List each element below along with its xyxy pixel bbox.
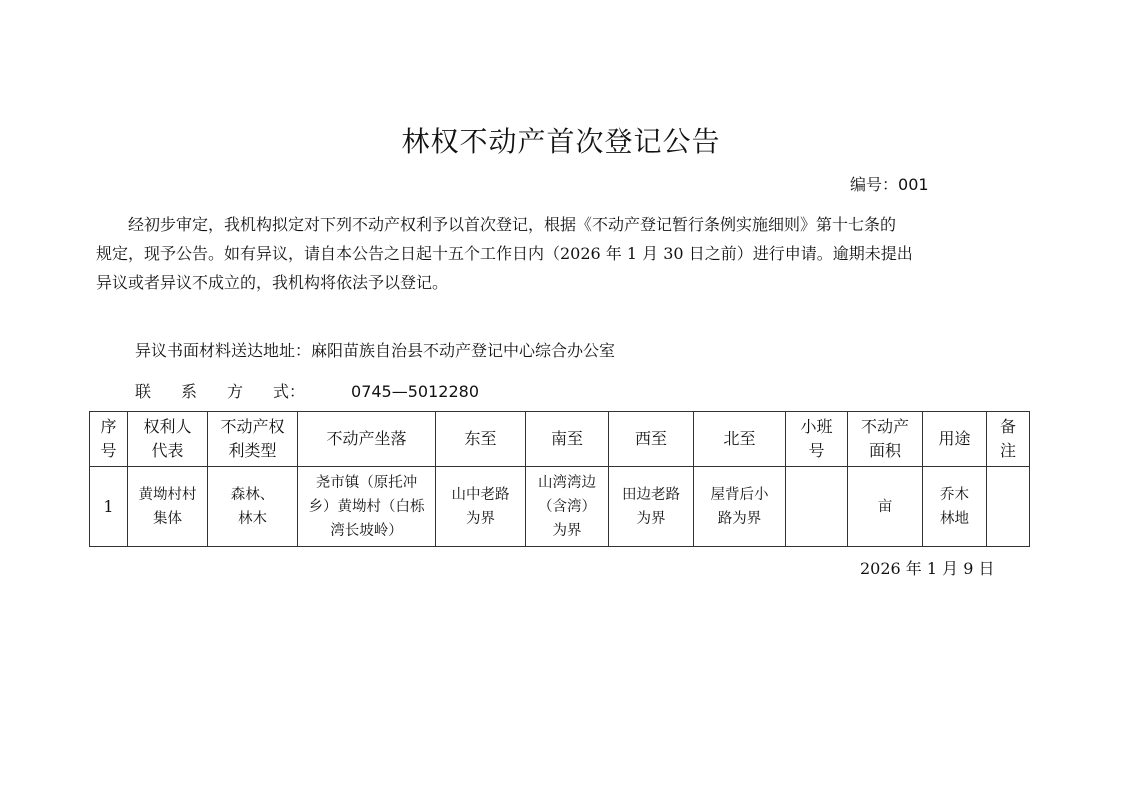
cell-owner: 黄坳村村集体 xyxy=(128,467,208,547)
header-north: 北至 xyxy=(694,412,786,467)
notice-number: 编号：001 xyxy=(850,172,929,195)
cell-sub-compartment xyxy=(786,467,848,547)
contact-label: 联系方式： xyxy=(135,382,305,401)
cell-west: 田边老路为界 xyxy=(609,467,694,547)
header-location: 不动产坐落 xyxy=(298,412,436,467)
cell-usage: 乔木林地 xyxy=(923,467,987,547)
notice-date: 2026 年 1 月 9 日 xyxy=(860,556,995,579)
contact-phone: 0745—5012280 xyxy=(351,382,479,401)
body-line: 规定，现予公告。如有异议，请自本公告之日起十五个工作日内（2026 年 1 月 … xyxy=(96,239,1031,268)
cell-location: 尧市镇（原托冲乡）黄坳村（白栎湾长坡岭） xyxy=(298,467,436,547)
contact-label-char: 方 xyxy=(227,379,273,402)
contact-label-char: 联 xyxy=(135,379,181,402)
header-index: 序号 xyxy=(90,412,128,467)
objection-address: 异议书面材料送达地址：麻阳苗族自治县不动产登记中心综合办公室 xyxy=(135,338,615,361)
header-east: 东至 xyxy=(436,412,526,467)
cell-south: 山湾湾边（含湾）为界 xyxy=(526,467,609,547)
cell-area: 亩 xyxy=(848,467,923,547)
cell-remarks xyxy=(987,467,1030,547)
registration-table: 序号 权利人代表 不动产权利类型 不动产坐落 东至 南至 西至 北至 小班号 不… xyxy=(89,411,1030,547)
contact-label-char: 式： xyxy=(273,379,305,402)
header-remarks: 备注 xyxy=(987,412,1030,467)
notice-number-label: 编号： xyxy=(850,175,898,194)
table-header-row: 序号 权利人代表 不动产权利类型 不动产坐落 东至 南至 西至 北至 小班号 不… xyxy=(90,412,1030,467)
header-usage: 用途 xyxy=(923,412,987,467)
header-south: 南至 xyxy=(526,412,609,467)
contact-label-char: 系 xyxy=(181,379,227,402)
header-west: 西至 xyxy=(609,412,694,467)
cell-index: 1 xyxy=(90,467,128,547)
header-sub-compartment: 小班号 xyxy=(786,412,848,467)
cell-north: 屋背后小路为界 xyxy=(694,467,786,547)
header-right-type: 不动产权利类型 xyxy=(208,412,298,467)
cell-right-type: 森林、林木 xyxy=(208,467,298,547)
body-line: 异议或者异议不成立的，我机构将依法予以登记。 xyxy=(96,268,1031,297)
contact-info: 联系方式：0745—5012280 xyxy=(135,379,479,402)
body-line: 经初步审定，我机构拟定对下列不动产权利予以首次登记，根据《不动产登记暂行条例实施… xyxy=(96,210,1031,239)
notice-number-value: 001 xyxy=(898,175,929,194)
notice-body: 经初步审定，我机构拟定对下列不动产权利予以首次登记，根据《不动产登记暂行条例实施… xyxy=(96,210,1031,297)
header-owner: 权利人代表 xyxy=(128,412,208,467)
page-title: 林权不动产首次登记公告 xyxy=(0,120,1122,160)
header-area: 不动产面积 xyxy=(848,412,923,467)
table-row: 1 黄坳村村集体 森林、林木 尧市镇（原托冲乡）黄坳村（白栎湾长坡岭） 山中老路… xyxy=(90,467,1030,547)
cell-east: 山中老路为界 xyxy=(436,467,526,547)
